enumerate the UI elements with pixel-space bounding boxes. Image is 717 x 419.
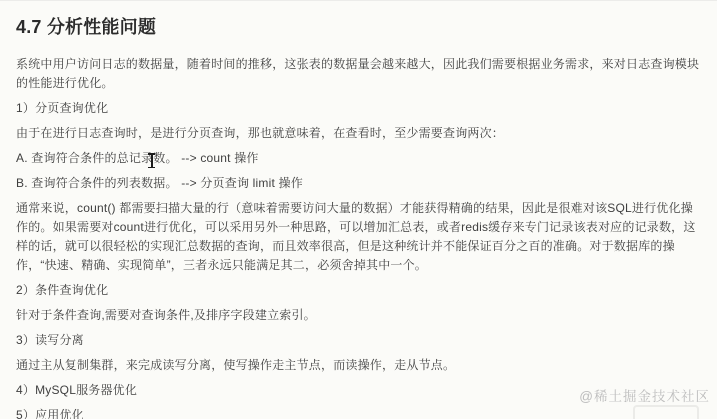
watermark: @稀土掘金技术社区: [579, 385, 710, 405]
item-3-read-write-split-title: 3）读写分离: [16, 331, 703, 350]
read-write-split-paragraph: 通过主从复制集群，来完成读写分离，使写操作走主节点，而读操作，走从节点。: [16, 356, 703, 375]
item-5-application-optimization-title: 5）应用优化: [16, 406, 703, 419]
query-step-b-line: B. 查询符合条件的列表数据。 --> 分页查询 limit 操作: [16, 174, 703, 193]
query-step-a-line: A. 查询符合条件的总记录数。 --> count 操作: [16, 149, 703, 168]
intro-paragraph: 系统中用户访问日志的数据量，随着时间的推移，这张表的数据量会越来越大，因此我们需…: [16, 55, 703, 93]
count-optimization-paragraph: 通常来说，count() 都需要扫描大量的行（意味着需要访问大量的数据）才能获得…: [16, 199, 703, 275]
compression-artifact-smudge: [633, 405, 699, 419]
item-2-condition-query-optimization-title: 2）条件查询优化: [16, 281, 703, 300]
item-1-pagination-optimization-title: 1）分页查询优化: [16, 99, 703, 118]
pagination-explanation-paragraph: 由于在进行日志查询时，是进行分页查询，那也就意味着，在查看时，至少需要查询两次：: [16, 124, 703, 143]
condition-query-index-paragraph: 针对于条件查询,需要对查询条件,及排序字段建立索引。: [16, 306, 703, 325]
document-page: 4.7 分析性能问题 系统中用户访问日志的数据量，随着时间的推移，这张表的数据量…: [0, 1, 717, 419]
section-heading: 4.7 分析性能问题: [16, 13, 703, 39]
